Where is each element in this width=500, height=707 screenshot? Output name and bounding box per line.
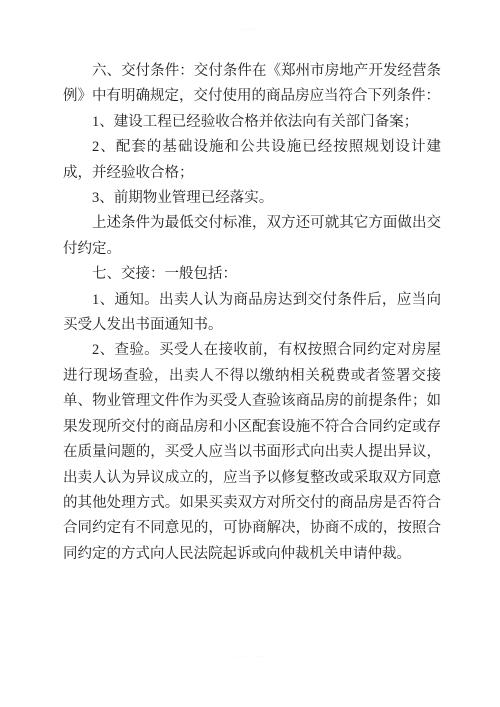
paragraph: 2、配套的基础设施和公共设施已经按照规划设计建成，并经验收合格； <box>63 135 441 186</box>
paragraph: 2、查验。买受人在接收前，有权按照合同约定对房屋进行现场查验，出卖人不得以缴纳相… <box>63 338 441 567</box>
watermark-bottom: ····· ···· <box>0 655 500 660</box>
paragraph: 七、交接：一般包括： <box>63 262 441 287</box>
paragraph: 1、通知。出卖人认为商品房达到交付条件后，应当向买受人发出书面通知书。 <box>63 288 441 339</box>
paragraph: 上述条件为最低交付标准，双方还可就其它方面做出交付约定。 <box>63 211 441 262</box>
document-page: ····· 六、交付条件：交付条件在《郑州市房地产开发经营条例》中有明确规定，交… <box>0 0 500 707</box>
document-body: 六、交付条件：交付条件在《郑州市房地产开发经营条例》中有明确规定，交付使用的商品… <box>63 59 441 567</box>
paragraph: 六、交付条件：交付条件在《郑州市房地产开发经营条例》中有明确规定，交付使用的商品… <box>63 59 441 110</box>
paragraph: 1、建设工程已经验收合格并依法向有关部门备案； <box>63 110 441 135</box>
paragraph: 3、前期物业管理已经落实。 <box>63 186 441 211</box>
watermark-top: ····· <box>0 28 500 33</box>
